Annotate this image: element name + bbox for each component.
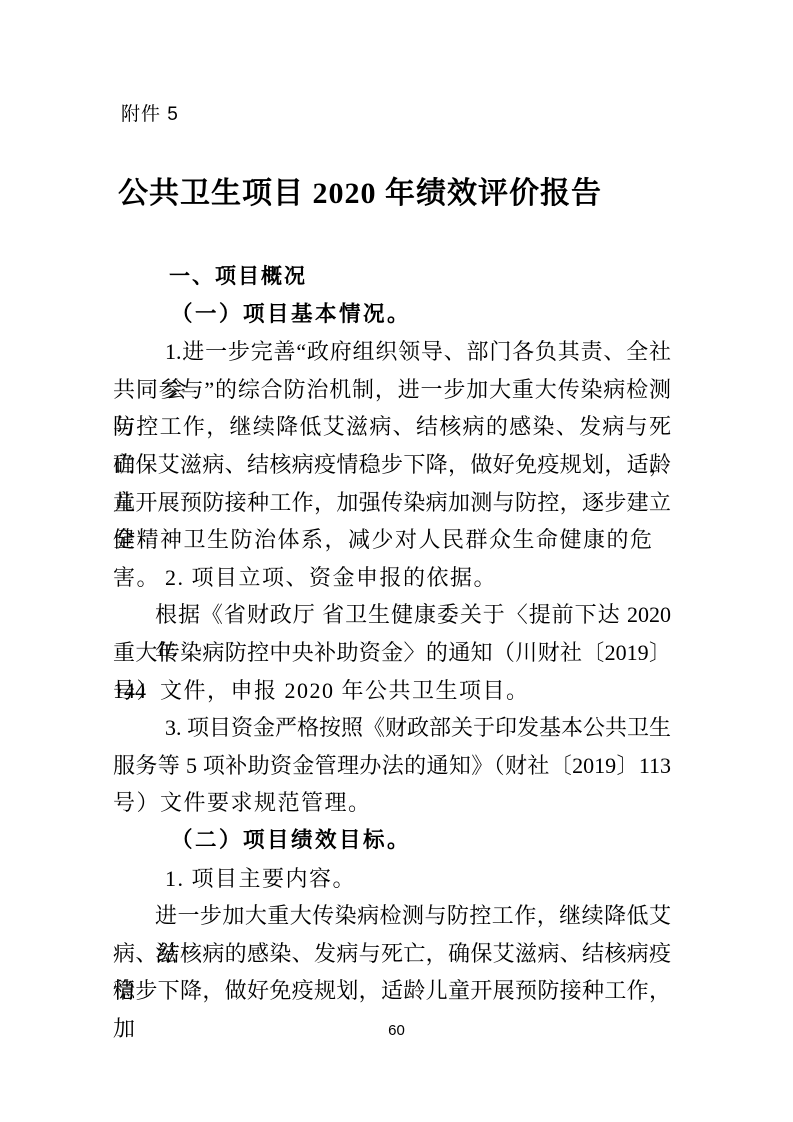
- list-item-1-heading: 1. 项目主要内容。: [113, 860, 671, 898]
- attachment-label: 附件 5: [121, 103, 179, 127]
- paragraph-4-line-1: 进一步加大重大传染病检测与防控工作，继续降低艾滋: [113, 897, 671, 935]
- subsection-heading-1-2: （二）项目绩效目标。: [113, 822, 671, 860]
- paragraph-2-line-2: 重大传染病防控中央补助资金〉的通知（川财社〔2019〕144: [113, 634, 671, 672]
- paragraph-3-line-1: 3. 项目资金严格按照《财政部关于印发基本公共卫生: [113, 709, 671, 747]
- section-heading-1: 一、项目概况: [113, 258, 671, 296]
- paragraph-2-line-3: 号）文件，申报 2020 年公共卫生项目。: [113, 672, 671, 710]
- paragraph-1-line-3: 防控工作，继续降低艾滋病、结核病的感染、发病与死亡，: [113, 408, 671, 446]
- page-title: 公共卫生项目 2020 年绩效评价报告: [0, 175, 720, 212]
- page-number: 60: [0, 1022, 793, 1040]
- paragraph-3-line-3: 号）文件要求规范管理。: [113, 784, 671, 822]
- paragraph-1-line-5: 童开展预防接种工作，加强传染病加测与防控，逐步建立健: [113, 484, 671, 522]
- document-page: 附件 5 公共卫生项目 2020 年绩效评价报告 一、项目概况 （一）项目基本情…: [0, 0, 793, 1122]
- paragraph-1-line-6: 全精神卫生防治体系，减少对人民群众生命健康的危害。: [113, 521, 671, 559]
- paragraph-3-line-2: 服务等 5 项补助资金管理办法的通知》（财社〔2019〕113: [113, 747, 671, 785]
- paragraph-1-line-1: 1.进一步完善“政府组织领导、部门各负其责、全社会: [113, 333, 671, 371]
- paragraph-1-line-2: 共同参与”的综合防治机制，进一步加大重大传染病检测与: [113, 371, 671, 409]
- paragraph-4-line-2: 病、结核病的感染、发病与死亡，确保艾滋病、结核病疫情: [113, 935, 671, 973]
- paragraph-4-line-3: 稳步下降，做好免疫规划，适龄儿童开展预防接种工作，加: [113, 972, 671, 1010]
- subsection-heading-1-1: （一）项目基本情况。: [113, 296, 671, 334]
- paragraph-2-line-1: 根据《省财政厅 省卫生健康委关于〈提前下达 2020 年: [113, 596, 671, 634]
- list-item-2-heading: 2. 项目立项、资金申报的依据。: [113, 559, 671, 597]
- document-body: 一、项目概况 （一）项目基本情况。 1.进一步完善“政府组织领导、部门各负其责、…: [113, 258, 671, 1010]
- paragraph-1-line-4: 确保艾滋病、结核病疫情稳步下降，做好免疫规划，适龄儿: [113, 446, 671, 484]
